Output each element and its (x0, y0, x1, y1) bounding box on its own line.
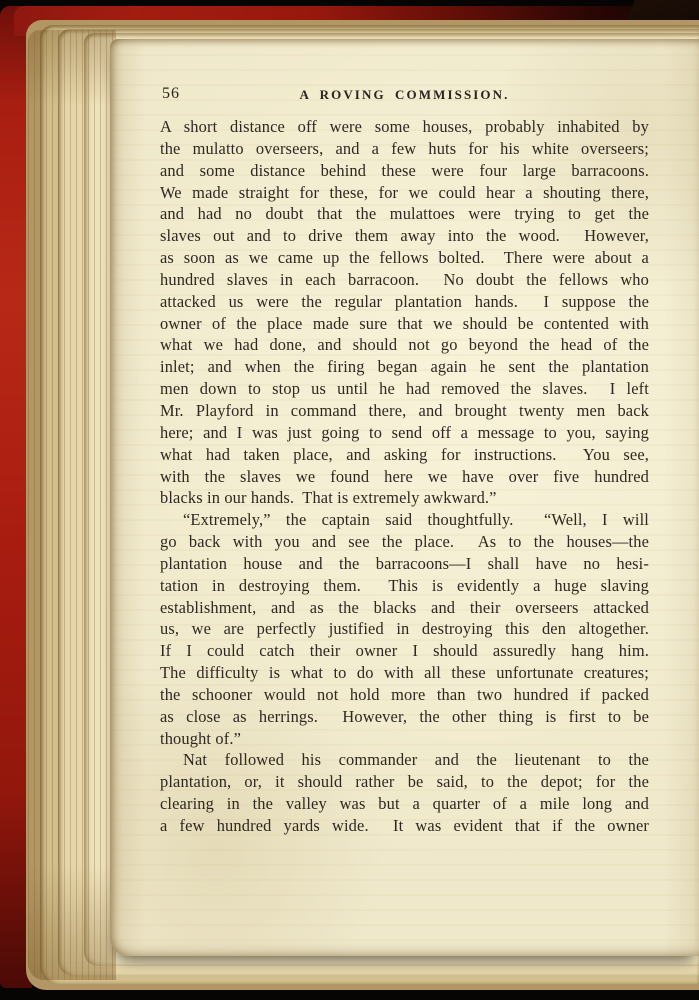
text-line: plantation, or, it should rather be said… (160, 771, 649, 793)
text-line: blacks in our hands. That is extremely a… (160, 487, 649, 509)
text-line: tation in destroying them. This is evide… (160, 575, 649, 597)
book-scan: 56 A ROVING COMMISSION. A short distance… (0, 0, 699, 1000)
text-line: go back with you and see the place. As t… (160, 531, 649, 553)
text-line: owner of the place made sure that we sho… (160, 313, 649, 335)
text-line: as soon as we came up the fellows bolted… (160, 247, 649, 269)
text-line: slaves out and to drive them away into t… (160, 225, 649, 247)
text-line: establishment, and as the blacks and the… (160, 597, 649, 619)
text-line: us, we are perfectly justified in destro… (160, 618, 649, 640)
text-line: here; and I was just going to send off a… (160, 422, 649, 444)
running-title: A ROVING COMMISSION. (160, 87, 649, 103)
page-text-block: A short distance off were some houses, p… (160, 116, 649, 837)
text-line: A short distance off were some houses, p… (160, 116, 649, 138)
text-line: inlet; and when the firing began again h… (160, 356, 649, 378)
text-line: attacked us were the regular plantation … (160, 291, 649, 313)
text-line: the mulatto overseers, and a few huts fo… (160, 138, 649, 160)
text-line: what had taken place, and asking for ins… (160, 444, 649, 466)
text-line: and some distance behind these were four… (160, 160, 649, 182)
text-line: “Extremely,” the captain said thoughtful… (160, 509, 649, 531)
text-line: thought of.” (160, 728, 649, 750)
text-line: and had no doubt that the mulattoes were… (160, 203, 649, 225)
page-header: 56 A ROVING COMMISSION. (160, 85, 649, 107)
text-line: a few hundred yards wide. It was evident… (160, 815, 649, 837)
text-line: plantation house and the barracoons—I sh… (160, 553, 649, 575)
text-line: the schooner would not hold more than tw… (160, 684, 649, 706)
text-line: as close as herrings. However, the other… (160, 706, 649, 728)
text-line: what we had done, and should not go beyo… (160, 334, 649, 356)
text-line: Nat followed his commander and the lieut… (160, 749, 649, 771)
text-line: If I could catch their owner I should as… (160, 640, 649, 662)
text-line: The difficulty is what to do with all th… (160, 662, 649, 684)
text-line: Mr. Playford in command there, and broug… (160, 400, 649, 422)
text-line: men down to stop us until he had removed… (160, 378, 649, 400)
text-line: with the slaves we found here we have ov… (160, 466, 649, 488)
text-line: We made straight for these, for we could… (160, 182, 649, 204)
text-line: clearing in the valley was but a quarter… (160, 793, 649, 815)
text-line: hundred slaves in each barracoon. No dou… (160, 269, 649, 291)
